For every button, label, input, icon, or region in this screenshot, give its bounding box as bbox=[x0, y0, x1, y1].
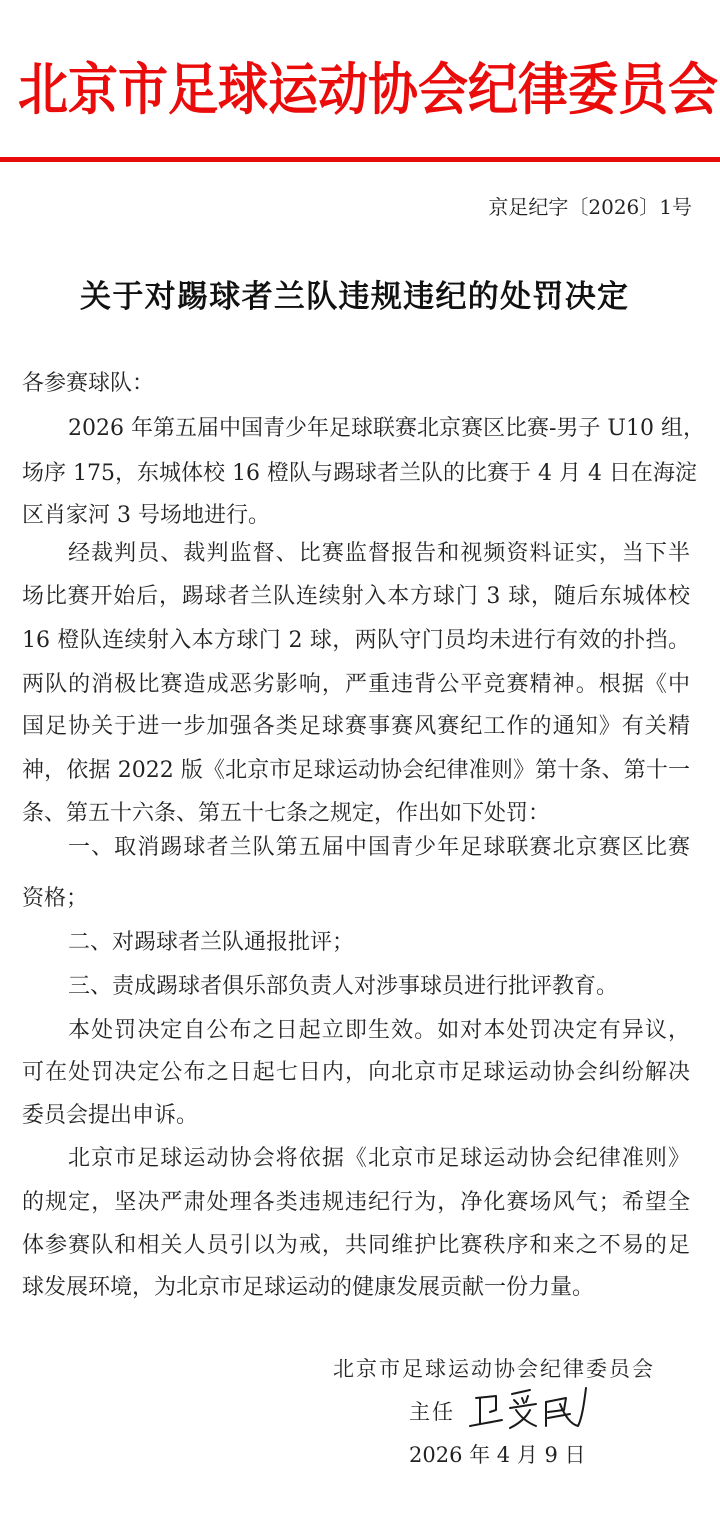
masthead-char: 市 bbox=[118, 54, 168, 126]
salutation: 各参赛球队： bbox=[22, 368, 154, 400]
title-char: 罚 bbox=[532, 276, 563, 318]
body-line: 资格； bbox=[22, 883, 88, 915]
title-char: 者 bbox=[242, 276, 273, 318]
masthead-char: 律 bbox=[518, 54, 568, 126]
signer-role: 主任 bbox=[409, 1396, 455, 1428]
masthead-char: 动 bbox=[318, 54, 368, 126]
body-line: 委员会提出申诉。 bbox=[22, 1100, 198, 1132]
body-line: 的规定，坚决严肃处理各类违规违纪行为，净化赛场风气；希望全 bbox=[22, 1187, 690, 1219]
handwritten-signature-icon bbox=[466, 1384, 592, 1434]
signing-organization: 北京市足球运动协会纪律委员会 bbox=[333, 1353, 653, 1385]
title-char: 于 bbox=[112, 276, 143, 318]
masthead-char: 纪 bbox=[468, 54, 518, 126]
body-line: 2026 年第五届中国青少年足球联赛北京赛区比赛-男子 U10 组， bbox=[68, 413, 690, 445]
title-char: 规 bbox=[371, 276, 402, 318]
masthead-char: 委 bbox=[568, 54, 618, 126]
body-line: 球发展环境，为北京市足球运动的健康发展贡献一份力量。 bbox=[22, 1272, 594, 1304]
masthead-title: 北 京 市 足 球 运 动 协 会 纪 律 委 员 会 bbox=[18, 54, 694, 126]
document-title: 关 于 对 踢 球 者 兰 队 违 规 违 纪 的 处 罚 决 定 bbox=[80, 276, 628, 318]
body-line: 场序 175，东城体校 16 橙队与踢球者兰队的比赛于 4 月 4 日在海淀 bbox=[22, 458, 690, 490]
body-line: 经裁判员、裁判监督、比赛监督报告和视频资料证实，当下半 bbox=[68, 538, 690, 570]
title-char: 队 bbox=[306, 276, 337, 318]
title-char: 违 bbox=[403, 276, 434, 318]
masthead-char: 北 bbox=[18, 54, 68, 126]
body-line: 北京市足球运动协会将依据《北京市足球运动协会纪律准则》 bbox=[68, 1143, 690, 1175]
title-char: 兰 bbox=[274, 276, 305, 318]
masthead-char: 会 bbox=[668, 54, 718, 126]
masthead-char: 员 bbox=[618, 54, 668, 126]
title-char: 定 bbox=[597, 276, 628, 318]
title-char: 关 bbox=[80, 276, 111, 318]
title-char: 违 bbox=[339, 276, 370, 318]
masthead-char: 京 bbox=[68, 54, 118, 126]
body-line: 场比赛开始后，踢球者兰队连续射入本方球门 3 球，随后东城体校 bbox=[22, 581, 690, 613]
title-char: 纪 bbox=[435, 276, 466, 318]
document-date: 2026 年 4 月 9 日 bbox=[409, 1439, 586, 1471]
red-header-rule bbox=[0, 157, 720, 162]
penalty-item-2: 二、对踢球者兰队通报批评； bbox=[68, 927, 354, 959]
penalty-item-1: 一、取消踢球者兰队第五届中国青少年足球联赛北京赛区比赛 bbox=[68, 832, 690, 864]
body-line: 两队的消极比赛造成恶劣影响，严重违背公平竞赛精神。根据《中 bbox=[22, 669, 690, 701]
body-line: 区肖家河 3 号场地进行。 bbox=[22, 500, 270, 532]
document-number: 京足纪字〔2026〕1号 bbox=[488, 192, 692, 222]
title-char: 踢 bbox=[177, 276, 208, 318]
body-line: 本处罚决定自公布之日起立即生效。如对本处罚决定有异议， bbox=[68, 1015, 690, 1047]
body-line: 神，依据 2022 版《北京市足球运动协会纪律准则》第十条、第十一 bbox=[22, 755, 690, 787]
title-char: 球 bbox=[209, 276, 240, 318]
masthead-char: 足 bbox=[168, 54, 218, 126]
body-line: 国足协关于进一步加强各类足球赛事赛风赛纪工作的通知》有关精 bbox=[22, 711, 690, 743]
masthead-char: 球 bbox=[218, 54, 268, 126]
masthead-char: 会 bbox=[418, 54, 468, 126]
title-char: 的 bbox=[468, 276, 499, 318]
body-line: 体参赛队和相关人员引以为戒，共同维护比赛秩序和来之不易的足 bbox=[22, 1230, 690, 1262]
body-line: 可在处罚决定公布之日起七日内，向北京市足球运动协会纠纷解决 bbox=[22, 1057, 690, 1089]
title-char: 处 bbox=[500, 276, 531, 318]
masthead-char: 运 bbox=[268, 54, 318, 126]
masthead-char: 协 bbox=[368, 54, 418, 126]
title-char: 决 bbox=[565, 276, 596, 318]
body-line: 条、第五十六条、第五十七条之规定，作出如下处罚： bbox=[22, 798, 550, 830]
title-char: 对 bbox=[145, 276, 176, 318]
penalty-item-3: 三、责成踢球者俱乐部负责人对涉事球员进行批评教育。 bbox=[68, 971, 618, 1003]
body-line: 16 橙队连续射入本方球门 2 球，两队守门员均未进行有效的扑挡。 bbox=[22, 625, 690, 657]
